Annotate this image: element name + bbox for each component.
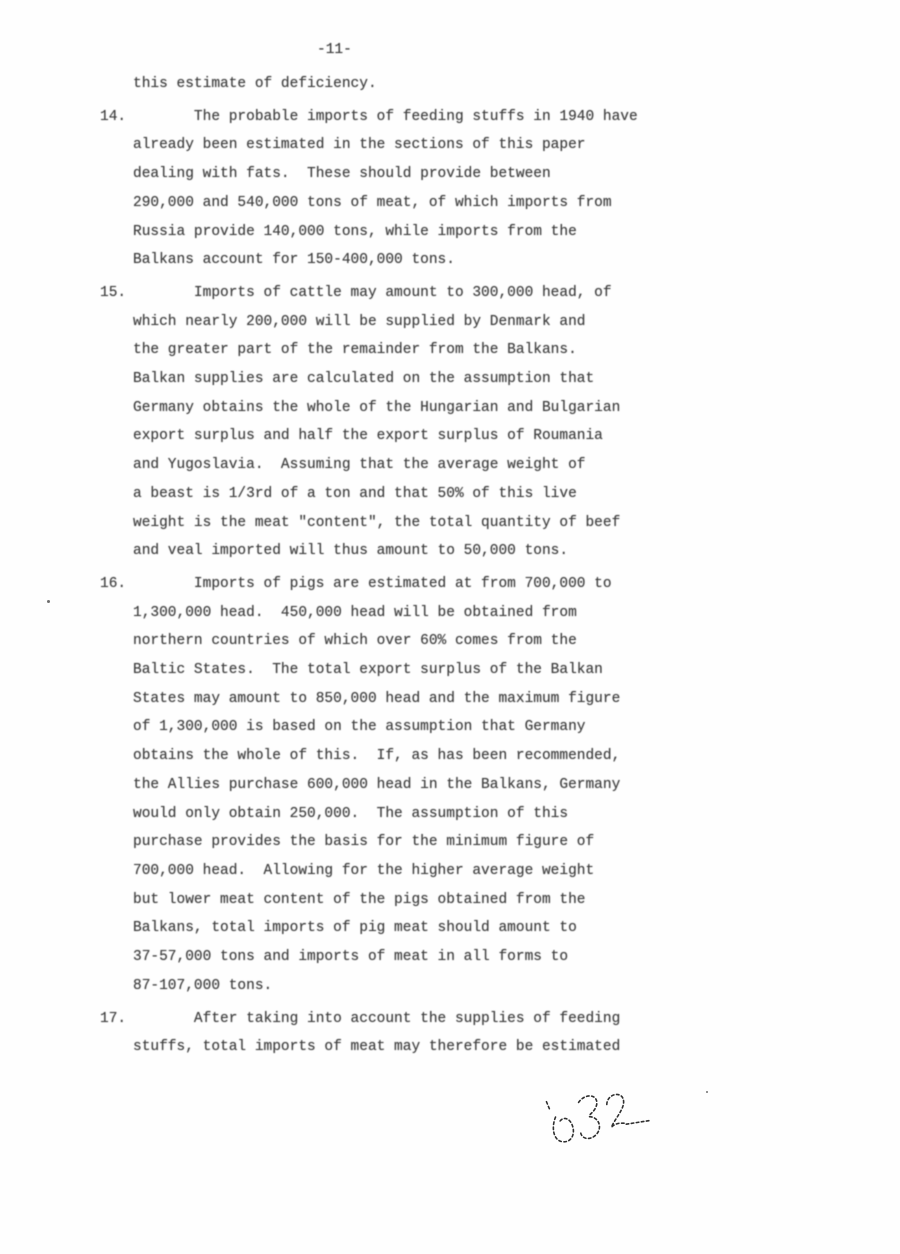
text-line: States may amount to 850,000 head and th… (133, 685, 660, 714)
text-line: 1,300,000 head. 450,000 head will be obt… (133, 599, 660, 628)
text-line: export surplus and half the export surpl… (133, 422, 660, 451)
paragraph-number: 17. (100, 1005, 126, 1034)
text-line: stuffs, total imports of meat may theref… (133, 1033, 660, 1062)
text-line: and veal imported will thus amount to 50… (133, 537, 660, 566)
paragraph: 14. The probable imports of feeding stuf… (100, 103, 660, 275)
paragraph: 16. Imports of pigs are estimated at fro… (100, 570, 660, 1001)
text-line: and Yugoslavia. Assuming that the averag… (133, 451, 660, 480)
text-line: the greater part of the remainder from t… (133, 336, 660, 365)
paragraph-number: 15. (100, 279, 126, 308)
paragraph-number: 16. (100, 570, 126, 599)
text-line: a beast is 1/3rd of a ton and that 50% o… (133, 480, 660, 509)
paragraph: 15. Imports of cattle may amount to 300,… (100, 279, 660, 566)
text-line: 37-57,000 tons and imports of meat in al… (133, 943, 660, 972)
handwritten-mark: 032 (540, 1082, 680, 1162)
continuation-line: this estimate of deficiency. (100, 70, 660, 99)
text-line: Balkans account for 150-400,000 tons. (133, 246, 660, 275)
text-line: would only obtain 250,000. The assumptio… (133, 800, 660, 829)
text-line: 700,000 head. Allowing for the higher av… (133, 857, 660, 886)
paragraph-number: 14. (100, 103, 126, 132)
text-line: 290,000 and 540,000 tons of meat, of whi… (133, 189, 660, 218)
text-line: 87-107,000 tons. (133, 972, 660, 1001)
text-line: dealing with fats. These should provide … (133, 160, 660, 189)
text-line: the Allies purchase 600,000 head in the … (133, 771, 660, 800)
text-line: but lower meat content of the pigs obtai… (133, 886, 660, 915)
text-line: Baltic States. The total export surplus … (133, 656, 660, 685)
text-line: Balkan supplies are calculated on the as… (133, 365, 660, 394)
scan-speck (706, 1091, 708, 1093)
text-line: obtains the whole of this. If, as has be… (133, 742, 660, 771)
text-line: which nearly 200,000 will be supplied by… (133, 308, 660, 337)
text-line: weight is the meat "content", the total … (133, 509, 660, 538)
text-line: The probable imports of feeding stuffs i… (133, 103, 660, 132)
text-line: Imports of cattle may amount to 300,000 … (133, 279, 660, 308)
text-line: Balkans, total imports of pig meat shoul… (133, 914, 660, 943)
text-line: purchase provides the basis for the mini… (133, 828, 660, 857)
text-line: already been estimated in the sections o… (133, 131, 660, 160)
handwritten-scrawl-icon (540, 1082, 680, 1162)
document-body: this estimate of deficiency. 14. The pro… (100, 70, 660, 1062)
page-number: -11- (317, 42, 352, 58)
text-line: Germany obtains the whole of the Hungari… (133, 394, 660, 423)
text-line: After taking into account the supplies o… (133, 1005, 660, 1034)
text-line: Imports of pigs are estimated at from 70… (133, 570, 660, 599)
text-line: northern countries of which over 60% com… (133, 627, 660, 656)
text-line: of 1,300,000 is based on the assumption … (133, 713, 660, 742)
scan-speck (47, 600, 50, 603)
text-line: Russia provide 140,000 tons, while impor… (133, 218, 660, 247)
paragraph: 17. After taking into account the suppli… (100, 1005, 660, 1062)
document-page: -11- this estimate of deficiency. 14. Th… (0, 0, 900, 1254)
